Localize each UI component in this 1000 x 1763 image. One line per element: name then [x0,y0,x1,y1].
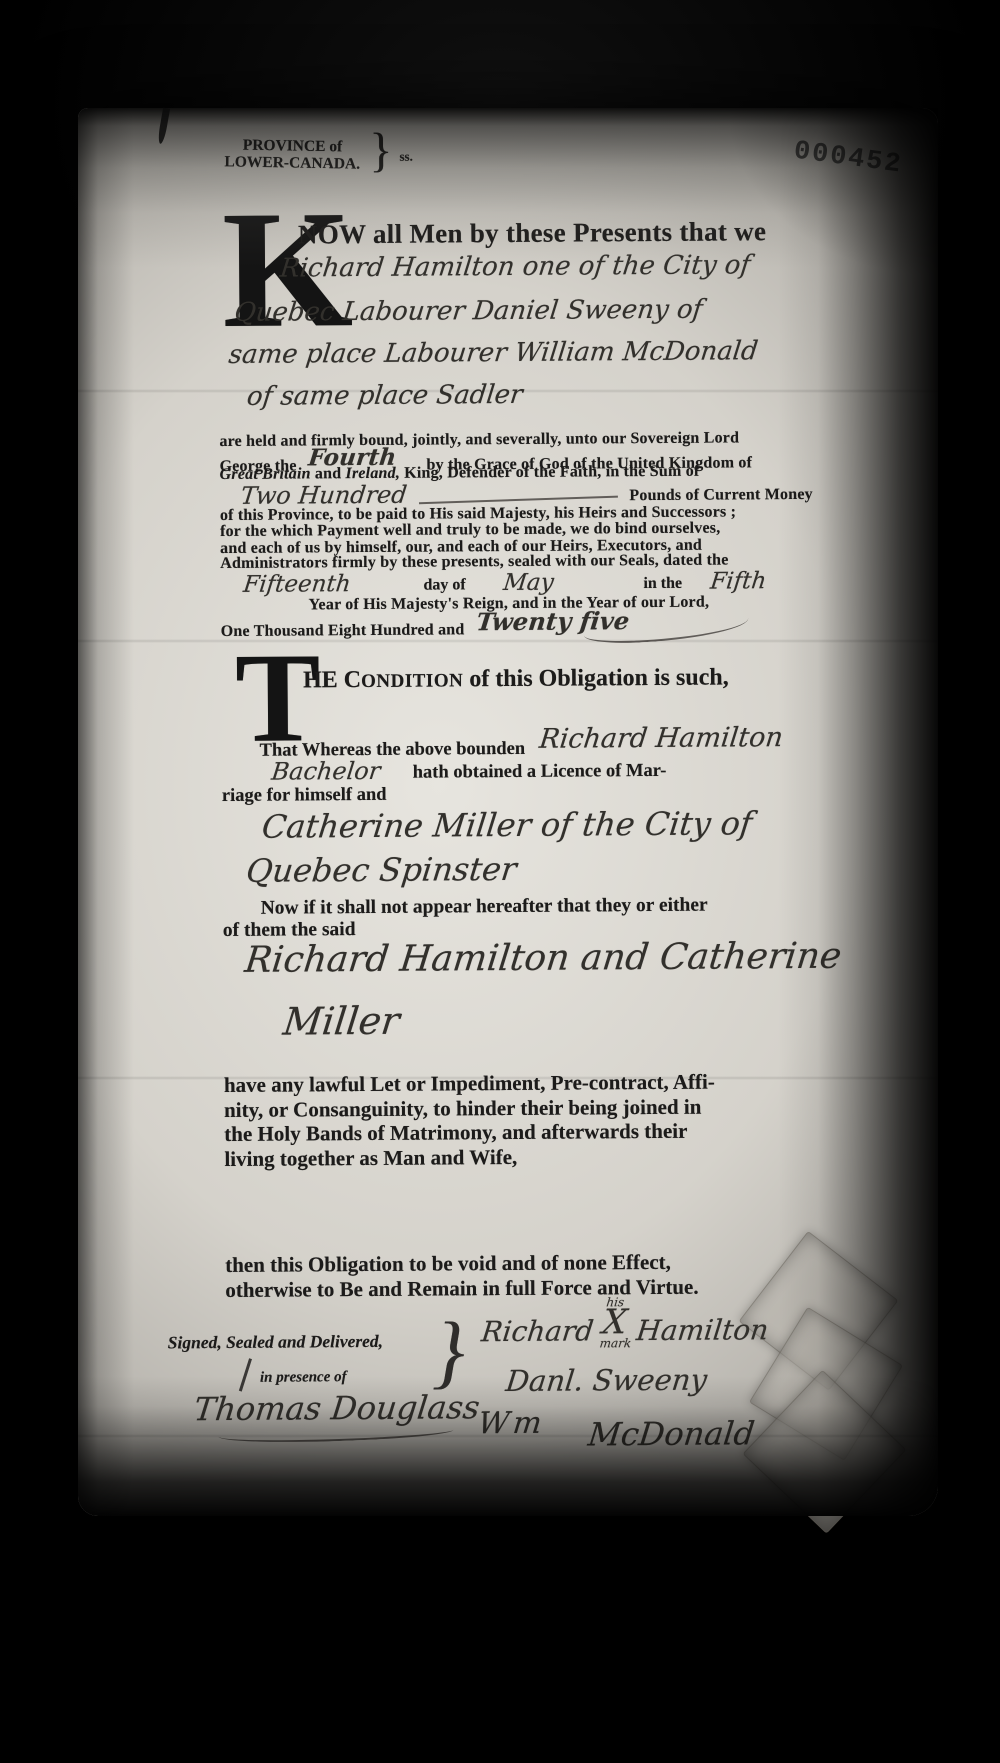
impediment-line-4: living together as Man and Wife, [224,1143,715,1171]
licence-printed: hath obtained a Licence of Mar- [413,761,667,784]
signature-richard-hamilton: Richard his X mark Hamilton [481,1310,768,1351]
document-paper: PROVINCE of LOWER-CANADA. } ss. 000452 K… [78,108,938,1516]
signature-brace: } [431,1310,464,1392]
ss-brace: } [369,127,392,175]
impediment-paragraph: have any lawful Let or Impediment, Pre-c… [224,1070,716,1171]
crease-line [78,389,938,393]
handwritten-fill-regnal-year: Fifth [709,568,768,594]
pen-flourish-line [419,486,618,505]
handwritten-fill-month: May [502,570,555,596]
impediment-line-1: have any lawful Let or Impediment, Pre-c… [224,1070,715,1098]
bond-line-4-post: Pounds of Current Money [629,486,813,505]
his-mark-mark: mark [599,1336,632,1350]
handwritten-couple-names-2: Miller [281,999,402,1044]
handwritten-bride-line-1: Catherine Miller of the City of [260,804,754,845]
impediment-line-2: nity, or Consanguinity, to hinder their … [224,1094,715,1122]
crease-line [78,639,938,643]
crease-line [78,1434,938,1438]
know-heading: NOW all Men by these Presents that we [298,216,767,250]
handwritten-principals-line-2: Quebec Labourer Daniel Sweeny of [233,295,704,328]
province-label: PROVINCE of LOWER-CANADA. [221,136,364,172]
condition-heading: HE CONDITION of this Obligation is such, [303,664,729,694]
condition-heading-c: of this Obligation is such, [463,664,729,692]
crease-line [78,1076,938,1080]
his-mark-block: his X mark [599,1295,631,1350]
ss-abbreviation: ss. [399,149,412,165]
handwritten-groom-status: Bachelor [270,757,382,786]
scan-background: PROVINCE of LOWER-CANADA. } ss. 000452 K… [0,0,1000,1763]
presence-label: in presence of [260,1369,347,1387]
bond-line-9-inthe: in the [643,575,682,593]
province-line2: LOWER-CANADA. [221,153,363,172]
signature-danl-sweeny: Danl. Sweeny [504,1363,709,1398]
closing-line-1: then this Obligation to be void and of n… [225,1250,671,1278]
handwritten-fill-day: Fifteenth [242,571,352,598]
condition-heading-b: ONDITION [361,670,463,692]
his-mark-x: X [601,1309,628,1336]
handwritten-principals-line-3: same place Labourer William McDonald [227,336,759,370]
nowif-line-1: Now if it shall not appear hereafter tha… [261,895,708,920]
condition-heading-a: HE C [303,667,361,693]
serial-number-stamp: 000452 [792,137,904,181]
handwritten-bride-line-2: Quebec Spinster [244,850,518,890]
handwritten-principals-line-4: of same place Sadler [245,380,524,412]
bond-line-9-dayof: day of [423,576,465,594]
signature-richard-first: Richard [480,1314,596,1348]
impediment-line-3: the Holy Bands of Matrimony, and afterwa… [224,1119,715,1147]
handwritten-principals-line-1: Richard Hamilton one of the City of [278,250,751,283]
handwritten-couple-names-1: Richard Hamilton and Catherine [243,936,844,981]
signature-richard-last: Hamilton [635,1313,771,1347]
handwritten-groom-name: Richard Hamilton [537,722,784,755]
signed-sealed-label: Signed, Sealed and Delivered, [168,1331,383,1354]
pen-stroke [239,1358,252,1391]
licence-line-2: riage for himself and [222,785,387,807]
